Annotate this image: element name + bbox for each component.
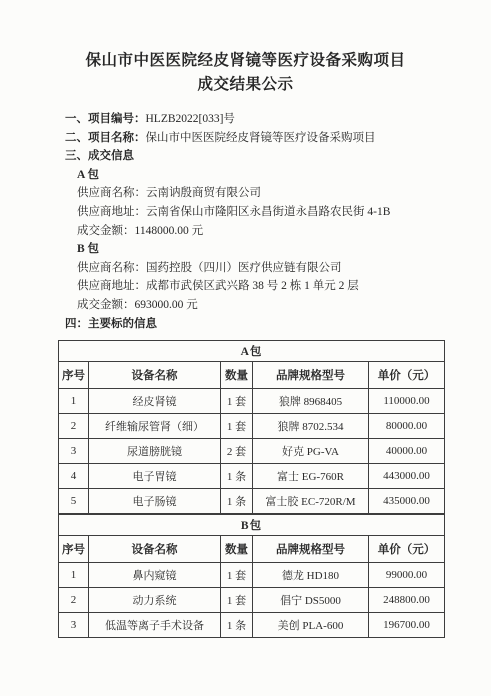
table-cell: 鼻内窥镜 xyxy=(89,563,221,588)
table-cell: 狼牌 8702.534 xyxy=(253,414,369,439)
package-b-amount-line: 成交金额：693000.00 元 xyxy=(77,296,444,315)
document-page: 保山市中医医院经皮肾镜等医疗设备采购项目 成交结果公示 一、项目编号：HLZB2… xyxy=(0,0,491,696)
package-b-table: B包序号设备名称数量品牌规格型号单价（元）1鼻内窥镜1 套德龙 HD180990… xyxy=(58,514,445,638)
main-subject-heading: 四：主要标的信息 xyxy=(65,315,444,334)
table-cell: 1 条 xyxy=(221,464,253,489)
table-caption: B包 xyxy=(59,515,445,536)
column-header: 设备名称 xyxy=(89,362,221,389)
supplier-name-value: 云南讷殷商贸有限公司 xyxy=(146,187,261,199)
table-cell: 1 xyxy=(59,563,89,588)
deal-amount-label: 成交金额： xyxy=(77,225,135,237)
project-name-value: 保山市中医医院经皮肾镜等医疗设备采购项目 xyxy=(146,132,376,144)
table-cell: 电子胃镜 xyxy=(89,464,221,489)
supplier-address-label: 供应商地址： xyxy=(77,206,146,218)
table-row: 1经皮肾镜1 套狼牌 8968405110000.00 xyxy=(59,389,445,414)
project-name-line: 二、项目名称：保山市中医医院经皮肾镜等医疗设备采购项目 xyxy=(65,129,444,148)
column-header: 设备名称 xyxy=(89,536,221,563)
table-cell: 110000.00 xyxy=(369,389,445,414)
table-cell: 1 套 xyxy=(221,588,253,613)
table-row: 2动力系统1 套倡宁 DS5000248800.00 xyxy=(59,588,445,613)
supplier-name-value: 国药控股（四川）医疗供应链有限公司 xyxy=(146,262,342,274)
table-cell: 3 xyxy=(59,439,89,464)
table-cell: 1 套 xyxy=(221,414,253,439)
project-number-value: HLZB2022[033]号 xyxy=(146,113,235,125)
package-a-amount-line: 成交金额：1148000.00 元 xyxy=(77,222,444,241)
main-subject-section: 四：主要标的信息 xyxy=(65,315,444,334)
table-row: 5电子肠镜1 条富士胶 EC-720R/M435000.00 xyxy=(59,489,445,514)
title-line-2: 成交结果公示 xyxy=(0,73,491,97)
table-cell: 狼牌 8968405 xyxy=(253,389,369,414)
table-header-row: 序号设备名称数量品牌规格型号单价（元） xyxy=(59,536,445,563)
column-header: 品牌规格型号 xyxy=(253,536,369,563)
table-row: 2纤维输尿管肾（细）1 套狼牌 8702.53480000.00 xyxy=(59,414,445,439)
title-line-1: 保山市中医医院经皮肾镜等医疗设备采购项目 xyxy=(0,49,491,73)
table-cell: 倡宁 DS5000 xyxy=(253,588,369,613)
table-cell: 富士胶 EC-720R/M xyxy=(253,489,369,514)
table-cell: 纤维输尿管肾（细） xyxy=(89,414,221,439)
table-cell: 低温等离子手术设备 xyxy=(89,613,221,638)
table-cell: 2 套 xyxy=(221,439,253,464)
table-cell: 1 条 xyxy=(221,613,253,638)
table-row: 3低温等离子手术设备1 条美创 PLA-600196700.00 xyxy=(59,613,445,638)
table-cell: 2 xyxy=(59,588,89,613)
table-cell: 80000.00 xyxy=(369,414,445,439)
table-cell: 尿道膀胱镜 xyxy=(89,439,221,464)
deal-amount-value: 693000.00 元 xyxy=(135,299,198,311)
table-row: 1鼻内窥镜1 套德龙 HD18099000.00 xyxy=(59,563,445,588)
table-cell: 435000.00 xyxy=(369,489,445,514)
table-cell: 4 xyxy=(59,464,89,489)
supplier-name-label: 供应商名称： xyxy=(77,262,146,274)
package-b-info: B 包 供应商名称：国药控股（四川）医疗供应链有限公司 供应商地址：成都市武侯区… xyxy=(77,240,444,314)
deal-amount-value: 1148000.00 元 xyxy=(135,225,204,237)
table-cell: 电子肠镜 xyxy=(89,489,221,514)
table-cell: 443000.00 xyxy=(369,464,445,489)
table-cell: 好克 PG-VA xyxy=(253,439,369,464)
table-caption: A包 xyxy=(59,341,445,362)
supplier-name-label: 供应商名称： xyxy=(77,187,146,199)
package-b-supplier-line: 供应商名称：国药控股（四川）医疗供应链有限公司 xyxy=(77,259,444,278)
package-a-address-line: 供应商地址：云南省保山市隆阳区永昌街道永昌路农民街 4-1B xyxy=(77,203,444,222)
table-cell: 德龙 HD180 xyxy=(253,563,369,588)
numbered-items: 一、项目编号：HLZB2022[033]号 二、项目名称：保山市中医医院经皮肾镜… xyxy=(65,110,444,166)
column-header: 品牌规格型号 xyxy=(253,362,369,389)
supplier-address-value: 成都市武侯区武兴路 38 号 2 栋 1 单元 2 层 xyxy=(146,280,359,292)
document-title: 保山市中医医院经皮肾镜等医疗设备采购项目 成交结果公示 xyxy=(0,0,491,97)
package-a-info: A 包 供应商名称：云南讷殷商贸有限公司 供应商地址：云南省保山市隆阳区永昌街道… xyxy=(77,166,444,240)
table-caption-row: B包 xyxy=(59,515,445,536)
table-row: 3尿道膀胱镜2 套好克 PG-VA40000.00 xyxy=(59,439,445,464)
package-a-name: A 包 xyxy=(77,166,444,185)
table-cell: 196700.00 xyxy=(369,613,445,638)
package-a-supplier-line: 供应商名称：云南讷殷商贸有限公司 xyxy=(77,184,444,203)
column-header: 单价（元） xyxy=(369,362,445,389)
table-cell: 40000.00 xyxy=(369,439,445,464)
table-row: 4电子胃镜1 条富士 EG-760R443000.00 xyxy=(59,464,445,489)
column-header: 数量 xyxy=(221,362,253,389)
package-a-table: A包序号设备名称数量品牌规格型号单价（元）1经皮肾镜1 套狼牌 89684051… xyxy=(58,340,445,514)
package-b-name: B 包 xyxy=(77,240,444,259)
column-header: 数量 xyxy=(221,536,253,563)
table-caption-row: A包 xyxy=(59,341,445,362)
table-cell: 1 条 xyxy=(221,489,253,514)
table-cell: 1 xyxy=(59,389,89,414)
table-cell: 1 套 xyxy=(221,563,253,588)
column-header: 序号 xyxy=(59,362,89,389)
table-cell: 3 xyxy=(59,613,89,638)
supplier-address-label: 供应商地址： xyxy=(77,280,146,292)
table-cell: 2 xyxy=(59,414,89,439)
package-b-address-line: 供应商地址：成都市武侯区武兴路 38 号 2 栋 1 单元 2 层 xyxy=(77,277,444,296)
deal-info-heading: 三、成交信息 xyxy=(65,147,444,166)
table-cell: 富士 EG-760R xyxy=(253,464,369,489)
table-cell: 动力系统 xyxy=(89,588,221,613)
table-cell: 经皮肾镜 xyxy=(89,389,221,414)
project-number-label: 一、项目编号： xyxy=(65,113,146,125)
table-cell: 1 套 xyxy=(221,389,253,414)
table-cell: 美创 PLA-600 xyxy=(253,613,369,638)
table-cell: 248800.00 xyxy=(369,588,445,613)
project-name-label: 二、项目名称： xyxy=(65,132,146,144)
column-header: 序号 xyxy=(59,536,89,563)
table-cell: 5 xyxy=(59,489,89,514)
supplier-address-value: 云南省保山市隆阳区永昌街道永昌路农民街 4-1B xyxy=(146,206,390,218)
column-header: 单价（元） xyxy=(369,536,445,563)
table-cell: 99000.00 xyxy=(369,563,445,588)
table-header-row: 序号设备名称数量品牌规格型号单价（元） xyxy=(59,362,445,389)
deal-amount-label: 成交金额： xyxy=(77,299,135,311)
project-number-line: 一、项目编号：HLZB2022[033]号 xyxy=(65,110,444,129)
document-body: 一、项目编号：HLZB2022[033]号 二、项目名称：保山市中医医院经皮肾镜… xyxy=(0,110,444,638)
